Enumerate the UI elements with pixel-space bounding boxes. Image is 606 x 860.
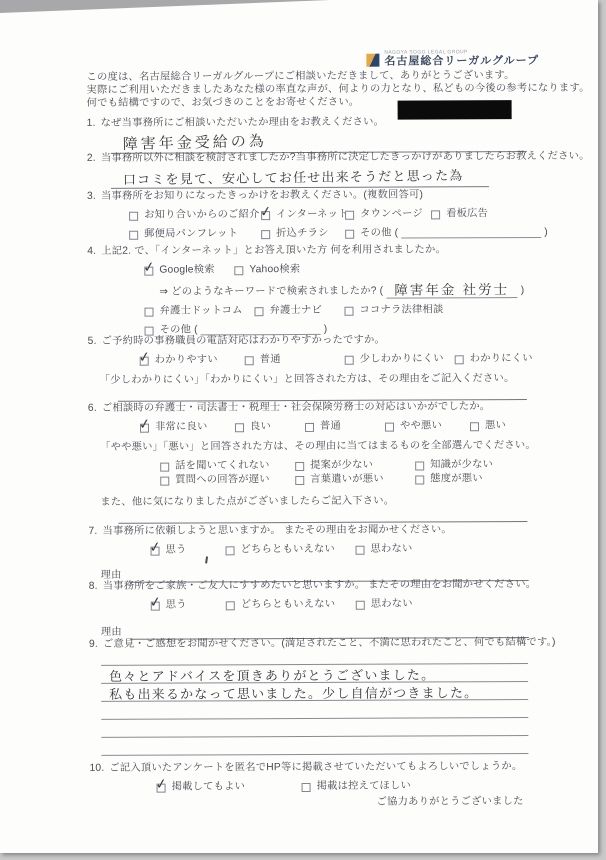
question-7-number: 7. (88, 526, 97, 537)
redaction-box (398, 100, 512, 119)
option-good: 良い (235, 421, 305, 434)
handwritten-answer-2: 口コミを見て、安心してお任せ出来そうだと思った為 (123, 168, 464, 189)
option-label: 態度が悪い (430, 474, 483, 487)
option-label: その他 (360, 227, 392, 240)
question-10-number: 10. (89, 763, 104, 774)
checkbox-easy-to-understand (140, 356, 149, 365)
question-7-title: 7.当事務所に依頼しようと思いますか。 またその理由をお聞かせください。 (88, 524, 528, 539)
question-4-text: 上記2. で、「インターネット」とお答え頂いた方 何を利用されましたか。 (101, 244, 446, 257)
question-8-options: 思う どちらともいえない 思わない (151, 598, 529, 613)
option-normal-q5: 普通 (245, 354, 345, 367)
question-8-number: 8. (89, 581, 98, 592)
option-label: 悪い (485, 420, 506, 433)
question-5: 5.ご予約時の事務職員の電話対応はわかりやすかったですか。 わかりやすい 普通 … (88, 334, 528, 401)
checkbox-not-listening (160, 462, 169, 471)
question-2-number: 2. (87, 153, 96, 164)
option-label: 掲載は控えてほしい (317, 780, 412, 793)
ruled-line: 色々とアドバイスを頂きありがとうございました。 (101, 664, 528, 684)
option-label: Google検索 (159, 264, 214, 277)
question-5-number: 5. (88, 336, 97, 347)
reason-few-proposals: 提案が少ない (295, 459, 415, 472)
option-label: お知り合いからのご紹介 (144, 209, 260, 222)
checkbox-bengoshi-navi (254, 307, 263, 316)
keyword-prompt-line: ⇒ どのようなキーワードで検索されましたか? ( 障害年金 社労士 ) (159, 280, 527, 300)
question-6-options: 非常に良い 良い 普通 やや悪い 悪い (140, 420, 528, 435)
checkbox-neutral-q7 (226, 546, 235, 555)
option-easy-to-understand: わかりやすい (140, 354, 245, 367)
closing-thanks: ご協力ありがとうございました (377, 796, 524, 810)
survey-content: NAGOYA SOGO LEGAL GROUP 名古屋総合リーガルグループ この… (0, 0, 600, 854)
checkbox-publish-ok (157, 783, 166, 792)
option-bengoshi-dotcom: 弁護士ドットコム (144, 305, 254, 318)
checkbox-normal-q6 (305, 423, 314, 432)
question-7-options: 思う どちらともいえない 思わない (151, 543, 529, 558)
option-label: 提案が少ない (310, 459, 373, 472)
question-8: 8.当事務所をご家族・ご友人にすすめたいと思いますか。 またその理由をお聞かせく… (89, 579, 529, 639)
option-google-search: Google検索 (144, 264, 234, 277)
question-7: 7.当事務所に依頼しようと思いますか。 またその理由をお聞かせください。 思う … (88, 524, 528, 582)
checkbox-good (235, 423, 244, 432)
checkbox-bengoshi-dotcom (144, 307, 153, 316)
option-label: 言葉遣いが悪い (310, 474, 384, 487)
question-6: 6.ご相談時の弁護士・司法書士・税理士・社会保険労務士の対応はいかがでしたか。 … (88, 401, 529, 524)
logo: NAGOYA SOGO LEGAL GROUP 名古屋総合リーガルグループ (366, 49, 539, 70)
option-label: Yahoo検索 (249, 264, 300, 277)
option-label: 良い (250, 421, 271, 434)
question-1-number: 1. (87, 118, 96, 129)
question-8-title: 8.当事務所をご家族・ご友人にすすめたいと思いますか。 またその理由をお聞かせく… (89, 579, 529, 594)
checkbox-publish-no (302, 783, 311, 792)
question-6-followup: 「やや悪い」「悪い」と回答された方は、その理由に当てはまるものを全部選んでくださ… (100, 440, 528, 455)
option-bad: 悪い (470, 420, 506, 433)
option-label: 少しわかりにくい (360, 353, 444, 366)
option-billboard: 看板広告 (431, 208, 488, 221)
question-6-note: また、他に気になりました点がございましたらご記入下さい。 (100, 495, 528, 510)
option-referral: お知り合いからのご紹介 (129, 209, 261, 222)
checkbox-no-q8 (356, 600, 365, 609)
question-4-options-row2: 弁護士ドットコム 弁護士ナビ ココナラ法律相談 (144, 304, 527, 319)
checkbox-bad (470, 422, 479, 431)
checkbox-referral (129, 211, 138, 220)
option-postoffice-pamphlet: 郵便局パンフレット (129, 228, 261, 241)
option-label: 掲載してもよい (172, 781, 246, 794)
checkbox-postoffice-pamphlet (129, 230, 138, 239)
ruled-line (101, 718, 528, 738)
option-coconala: ココナラ法律相談 (344, 304, 443, 317)
checkbox-few-proposals (295, 461, 304, 470)
option-flyer: 折込チラシ (261, 228, 345, 241)
option-normal-q6: 普通 (305, 420, 385, 433)
option-internet: インターネット (261, 209, 345, 222)
reason-label: 理由 (101, 626, 122, 639)
option-somewhat-bad: やや悪い (385, 420, 470, 433)
checkbox-yes-q8 (151, 601, 160, 610)
question-6-title: 6.ご相談時の弁護士・司法書士・税理士・社会保険労務士の対応はいかがでしたか。 (88, 401, 528, 416)
question-2-text: 当事務所以外に相談を検討されましたか?当事務所に決定したきっかけがありましたらお… (101, 151, 590, 164)
checkbox-bad-wording (295, 476, 304, 485)
handwritten-comment-2: 私も出来るかなって思いました。少し自信がつきました。 (109, 686, 478, 704)
checkbox-normal-q5 (245, 356, 254, 365)
question-3-number: 3. (87, 191, 96, 202)
question-2-title: 2.当事務所以外に相談を検討されましたか?当事務所に決定したきっかけがありました… (87, 151, 527, 166)
option-neutral-q8: どちらともいえない (226, 599, 356, 612)
question-5-followup: 「少しわかりにくい」「わかりにくい」と回答された方は、その理由をご記入ください。 (100, 373, 528, 388)
option-label: 普通 (260, 354, 281, 367)
option-label: 弁護士ナビ (269, 305, 322, 318)
option-very-good: 非常に良い (140, 421, 235, 434)
question-10: 10.ご記入頂いたアンケートを匿名でHP等に掲載させていただいてもよろしいでしょ… (89, 761, 529, 795)
question-10-options: 掲載してもよい 掲載は控えてほしい (157, 780, 530, 794)
option-bit-hard: 少しわかりにくい (345, 353, 455, 366)
option-label: どちらともいえない (241, 544, 336, 557)
checkbox-neutral-q8 (226, 601, 235, 610)
ruled-line (101, 736, 528, 756)
option-no-q8: 思わない (356, 598, 413, 611)
checkbox-yahoo-search (234, 266, 243, 275)
option-label: 知識が少ない (430, 459, 493, 472)
paren-close: ) (521, 285, 525, 298)
checkbox-slow-answers (160, 477, 169, 486)
question-4-number: 4. (87, 246, 96, 257)
question-4-title: 4.上記2. で、「インターネット」とお答え頂いた方 何を利用されましたか。 (87, 244, 527, 259)
question-5-text: ご予約時の事務職員の電話対応はわかりやすかったですか。 (102, 335, 385, 347)
checkbox-coconala (344, 306, 353, 315)
question-9-title: 9.ご意見・ご感想をお聞かせください。(満足されたこと、不満に思われたこと、何で… (89, 637, 529, 652)
option-label: タウンページ (360, 208, 423, 221)
keyword-prompt: ⇒ どのようなキーワードで検索されましたか? (159, 286, 376, 300)
question-9-number: 9. (89, 639, 98, 650)
question-1: 1.なぜ当事務所にご相談いただいたか理由をお教えください。 障害年金受給の為 (87, 116, 527, 154)
option-label: 普通 (320, 421, 341, 434)
option-label: ココナラ法律相談 (359, 304, 443, 317)
question-6-text: ご相談時の弁護士・司法書士・税理士・社会保険労務士の対応はいかがでしたか。 (102, 401, 490, 414)
intro-line-2: 実際にご利用いただきましたあなた様の率直な声が、何よりの力となり、私どもの今後の… (87, 82, 527, 97)
handwritten-keyword: 障害年金 社労士 (394, 282, 509, 299)
checkbox-very-good (140, 423, 149, 432)
checkbox-townpage (345, 211, 354, 220)
checkbox-little-knowledge (415, 461, 424, 470)
option-label: 思う (166, 599, 187, 612)
option-label: 看板広告 (446, 208, 488, 221)
checkbox-hard (455, 355, 464, 364)
option-label: 思う (166, 544, 187, 557)
question-10-title: 10.ご記入頂いたアンケートを匿名でHP等に掲載させていただいてもよろしいでしょ… (89, 761, 529, 776)
option-neutral-q7: どちらともいえない (226, 544, 356, 557)
checkbox-flyer (261, 230, 270, 239)
question-3: 3.当事務所をお知りになったきっかけをお教えください。(複数回答可) お知り合い… (87, 189, 527, 241)
question-9-text: ご意見・ご感想をお聞かせください。(満足されたこと、不満に思われたこと、何でも結… (103, 637, 556, 650)
option-label: わかりにくい (470, 353, 533, 366)
checkbox-internet (261, 211, 270, 220)
question-3-options-row1: お知り合いからのご紹介 インターネット タウンページ 看板広告 (129, 208, 527, 223)
option-label: どちらともいえない (241, 599, 336, 612)
logo-icon (366, 54, 379, 67)
keyword-blank-field: 障害年金 社労士 (386, 280, 518, 299)
option-hard: わかりにくい (455, 353, 533, 366)
reason-not-listening: 話を聞いてくれない (160, 460, 295, 473)
paren-open: ( (395, 227, 399, 240)
checkbox-billboard (431, 210, 440, 219)
question-2-answer-line: 口コミを見て、安心してお任せ出来そうだと思った為 (111, 166, 489, 189)
option-no-q7: 思わない (356, 543, 413, 556)
blank-field-q3-other (401, 228, 541, 239)
checkbox-bad-attitude (415, 476, 424, 485)
option-label: 質問への回答が遅い (175, 475, 270, 488)
question-9-answer-area: 色々とアドバイスを頂きありがとうございました。 私も出来るかなって思いました。少… (101, 652, 528, 756)
question-6-number: 6. (88, 403, 97, 414)
checkbox-yes-q7 (151, 546, 160, 555)
question-8-text: 当事務所をご家族・ご友人にすすめたいと思いますか。 またその理由をお聞かせくださ… (103, 579, 537, 592)
question-1-text: なぜ当事務所にご相談いただいたか理由をお教えください。 (101, 117, 384, 129)
option-townpage: タウンページ (345, 208, 431, 221)
question-10-text: ご記入頂いたアンケートを匿名でHP等に掲載させていただいてもよろしいでしょうか。 (109, 761, 522, 774)
checkbox-other-q4 (145, 326, 154, 335)
question-9: 9.ご意見・ご感想をお聞かせください。(満足されたこと、不満に思われたこと、何で… (89, 637, 530, 756)
option-yes-q8: 思う (151, 599, 226, 612)
reason-bad-attitude: 態度が悪い (415, 474, 483, 487)
handwritten-comment-1: 色々とアドバイスを頂きありがとうございました。 (109, 668, 435, 686)
question-3-title: 3.当事務所をお知りになったきっかけをお教えください。(複数回答可) (87, 189, 527, 204)
question-3-text: 当事務所をお知りになったきっかけをお教えください。(複数回答可) (101, 189, 423, 201)
option-bengoshi-navi: 弁護士ナビ (254, 305, 344, 318)
question-1-answer-line: 障害年金受給の為 (111, 131, 527, 154)
option-label: 折込チラシ (276, 228, 329, 241)
reason-bad-wording: 言葉遣いが悪い (295, 474, 415, 487)
option-yes-q7: 思う (151, 544, 226, 557)
option-yahoo-search: Yahoo検索 (234, 264, 300, 277)
question-5-options: わかりやすい 普通 少しわかりにくい わかりにくい (140, 353, 528, 368)
logo-text-ja: 名古屋総合リーガルグループ (384, 55, 539, 69)
option-label: 話を聞いてくれない (175, 460, 270, 473)
option-label: 思わない (371, 543, 413, 556)
option-label: やや悪い (400, 420, 442, 433)
question-6-reasons-row1: 話を聞いてくれない 提案が少ない 知識が少ない (160, 459, 528, 473)
question-3-options-row2: 郵便局パンフレット 折込チラシ その他() (129, 227, 527, 242)
option-label: わかりやすい (155, 354, 218, 367)
checkbox-bit-hard (345, 356, 354, 365)
question-2: 2.当事務所以外に相談を検討されましたか?当事務所に決定したきっかけがありました… (87, 151, 527, 189)
reason-little-knowledge: 知識が少ない (415, 459, 493, 472)
option-label: 郵便局パンフレット (144, 228, 238, 241)
question-6-reasons-row2: 質問への回答が遅い 言葉遣いが悪い 態度が悪い (160, 473, 528, 487)
option-publish-no: 掲載は控えてほしい (302, 780, 412, 793)
option-label: インターネット (276, 209, 349, 222)
reason-slow-answers: 質問への回答が遅い (160, 474, 295, 487)
question-4-options-row1: Google検索 Yahoo検索 (144, 263, 527, 278)
checkbox-other-q3 (345, 229, 354, 238)
blank-field-q4-other (201, 325, 321, 336)
option-label: 弁護士ドットコム (159, 305, 242, 318)
scanned-survey-page: NAGOYA SOGO LEGAL GROUP 名古屋総合リーガルグループ この… (0, 0, 598, 853)
option-label: 思わない (371, 598, 413, 611)
question-5-title: 5.ご予約時の事務職員の電話対応はわかりやすかったですか。 (88, 334, 528, 349)
option-label: 非常に良い (155, 421, 208, 434)
checkbox-google-search (144, 266, 153, 275)
question-7-text: 当事務所に依頼しようと思いますか。 またその理由をお聞かせください。 (102, 524, 452, 537)
checkbox-no-q7 (356, 545, 365, 554)
handwritten-answer-1: 障害年金受給の為 (123, 132, 267, 154)
option-other-q3: その他() (345, 227, 551, 241)
question-4: 4.上記2. で、「インターネット」とお答え頂いた方 何を利用されましたか。 G… (87, 244, 527, 337)
option-publish-ok: 掲載してもよい (157, 781, 302, 794)
paren-open: ( (380, 285, 384, 298)
checkbox-somewhat-bad (385, 422, 394, 431)
paren-close: ) (544, 227, 548, 240)
